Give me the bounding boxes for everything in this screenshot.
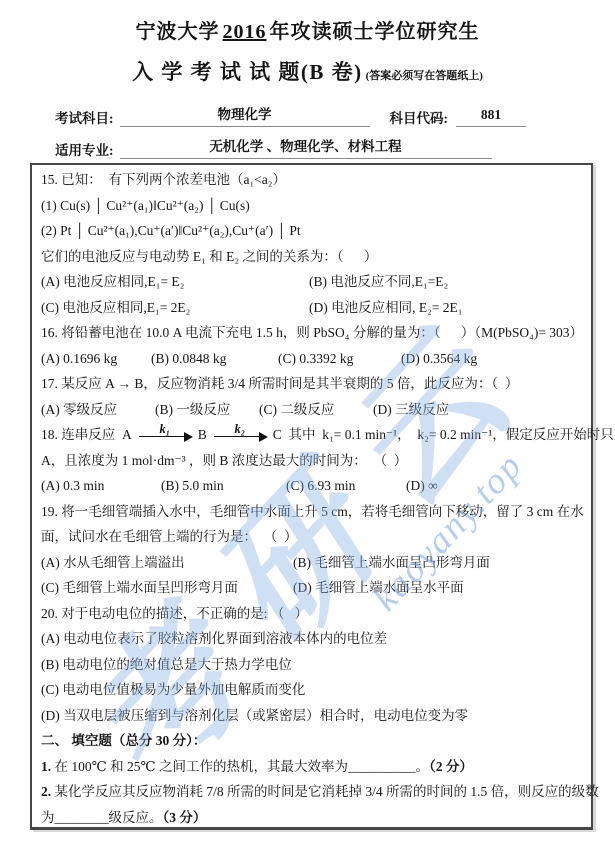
question-19-option-a: (A) 水从毛细管上端溢出 bbox=[41, 550, 293, 576]
exam-paper-page: 考研云 kaoyany.top 宁波大学2016年攻读硕士学位研究生 入 学 考… bbox=[0, 0, 615, 849]
question-17-option-d: (D) 三级反应 bbox=[373, 397, 449, 423]
questions-box: 15. 已知： 有下列两个浓差电池（a₁<a₂） (1) Cu(s) │ Cu²… bbox=[30, 163, 593, 830]
subject-code-label: 科目代码: bbox=[390, 107, 449, 127]
exam-title-line1: 宁波大学2016年攻读硕士学位研究生 bbox=[0, 0, 615, 44]
question-16-option-c: (C) 0.3392 kg bbox=[278, 346, 401, 372]
title-suffix: 年攻读硕士学位研究生 bbox=[270, 21, 480, 43]
exam-title-line2: 入 学 考 试 试 题(B 卷)(答案必须写在答题纸上) bbox=[0, 56, 615, 86]
fill-in-question-2-text: 某化学反应其反应物消耗 7/8 所需的时间是它消耗掉 3/4 所需的时间的 1.… bbox=[51, 784, 599, 799]
question-20-option-a: (A) 电动电位表示了胶粒溶剂化界面到溶液本体内的电位差 bbox=[41, 626, 582, 652]
rate-constant-k2-label: k₂ bbox=[234, 417, 245, 443]
question-18-option-b: (B) 5.0 min bbox=[161, 473, 286, 499]
question-18-option-c: (C) 6.93 min bbox=[286, 473, 406, 499]
fill-in-question-2-line-1: 2. 某化学反应其反应物消耗 7/8 所需的时间是它消耗掉 3/4 所需的时间的… bbox=[41, 779, 582, 805]
rate-constant-k1-label: k₁ bbox=[159, 417, 170, 443]
title-answer-note: (答案必须写在答题纸上) bbox=[366, 70, 483, 82]
fill-in-question-1-score: （2 分） bbox=[429, 759, 473, 774]
question-15-options-row-2: (C) 电池反应相同,E₁= 2E₂(D) 电池反应相同, E₂= 2E₁ bbox=[41, 295, 582, 321]
question-15-option-c: (C) 电池反应相同,E₁= 2E₂ bbox=[41, 295, 309, 321]
question-18-option-d: (D) ∞ bbox=[406, 473, 438, 499]
question-19-options-row-1: (A) 水从毛细管上端溢出(B) 毛细管上端水面呈凸形弯月面 bbox=[41, 550, 582, 576]
question-16-option-d: (D) 0.3564 kg bbox=[401, 346, 477, 372]
title-year: 2016 bbox=[220, 21, 270, 43]
question-18-suffix: C 其中 k₁= 0.1 min⁻¹， k₂= 0.2 min⁻¹，假定反应开始… bbox=[273, 427, 615, 442]
question-17-option-a: (A) 零级反应 bbox=[41, 397, 155, 423]
question-20-option-b: (B) 电动电位的绝对值总是大于热力学电位 bbox=[41, 652, 582, 678]
question-17-option-c: (C) 二级反应 bbox=[259, 397, 373, 423]
question-18-prefix: 18. 连串反应 A bbox=[41, 427, 132, 442]
question-15-options-row-1: (A) 电池反应相同,E₁= E₂(B) 电池反应不同,E₁=E₂ bbox=[41, 269, 582, 295]
question-15-option-a: (A) 电池反应相同,E₁= E₂ bbox=[41, 269, 309, 295]
exam-header: 宁波大学2016年攻读硕士学位研究生 入 学 考 试 试 题(B 卷)(答案必须… bbox=[0, 0, 615, 159]
fill-in-question-2-text-continued: 为________级反应。 bbox=[41, 810, 163, 825]
section-2-heading: 二、 填空题（总分 30 分）： bbox=[41, 728, 582, 754]
question-15-option-d: (D) 电池反应相同, E₂= 2E₁ bbox=[309, 295, 463, 321]
question-16-option-b: (B) 0.0848 kg bbox=[151, 346, 278, 372]
question-20-option-d: (D) 当双电层被压缩到与溶剂化层（或紧密层）相合时，电动电位变为零 bbox=[41, 703, 582, 729]
question-15-ask: 它们的电池反应与电动势 E₁ 和 E₂ 之间的关系为：（ ） bbox=[41, 244, 582, 270]
question-18-stem: 18. 连串反应 Ak₁Bk₂C 其中 k₁= 0.1 min⁻¹， k₂= 0… bbox=[41, 422, 582, 448]
fill-in-question-2-score: （3 分） bbox=[163, 810, 207, 825]
fill-in-question-1-text: 在 100℃ 和 25℃ 之间工作的热机，其最大效率为__________。 bbox=[51, 759, 429, 774]
major-value: 无机化学 、物理化学、材料工程 bbox=[120, 135, 492, 159]
subject-value: 物理化学 bbox=[120, 103, 370, 127]
reaction-arrow-1: k₁ bbox=[139, 423, 191, 443]
question-19-options-row-2: (C) 毛细管上端水面呈凹形弯月面(D) 毛细管上端水面呈水平面 bbox=[41, 575, 582, 601]
subject-code-value: 881 bbox=[456, 107, 526, 127]
major-row: 适用专业: 无机化学 、物理化学、材料工程 bbox=[55, 135, 615, 159]
title-exam-type: 入 学 考 试 试 题(B 卷) bbox=[132, 60, 363, 84]
question-19-stem-line-2: 面，试问水在毛细管上端的行为是： （ ） bbox=[41, 524, 582, 550]
question-17-stem: 17. 某反应 A → B，反应物消耗 3/4 所需时间是其半衰期的 5 倍，此… bbox=[41, 371, 582, 397]
question-16-option-a: (A) 0.1696 kg bbox=[41, 346, 151, 372]
question-15-option-b: (B) 电池反应不同,E₁=E₂ bbox=[309, 269, 448, 295]
subject-label: 考试科目: bbox=[55, 107, 114, 127]
question-19-option-b: (B) 毛细管上端水面呈凸形弯月面 bbox=[293, 550, 490, 576]
question-20-stem: 20. 对于电动电位的描述，不正确的是: （ ） bbox=[41, 601, 582, 627]
question-18-option-a: (A) 0.3 min bbox=[41, 473, 161, 499]
question-18-stem-line-2: A，且浓度为 1 mol·dm⁻³ ，则 B 浓度达最大的时间为： （ ） bbox=[41, 448, 582, 474]
subject-row: 考试科目: 物理化学 科目代码: 881 bbox=[55, 103, 615, 127]
question-15-stem: 15. 已知： 有下列两个浓差电池（a₁<a₂） bbox=[41, 167, 582, 193]
fill-in-question-1: 1. 在 100℃ 和 25℃ 之间工作的热机，其最大效率为__________… bbox=[41, 754, 582, 780]
question-19-stem-line-1: 19. 将一毛细管端插入水中，毛细管中水面上升 5 cm，若将毛细管向下移动，留… bbox=[41, 499, 582, 525]
question-16-stem: 16. 将铅蓄电池在 10.0 A 电流下充电 1.5 h，则 PbSO₄ 分解… bbox=[41, 320, 582, 346]
question-17-options-row: (A) 零级反应(B) 一级反应(C) 二级反应(D) 三级反应 bbox=[41, 397, 582, 423]
reaction-arrow-2: k₂ bbox=[214, 423, 266, 443]
fill-in-question-1-number: 1. bbox=[41, 759, 51, 774]
question-20-option-c: (C) 电动电位值极易为少量外加电解质而变化 bbox=[41, 677, 582, 703]
fill-in-question-2-number: 2. bbox=[41, 784, 51, 799]
fill-in-question-2-line-2: 为________级反应。（3 分） bbox=[41, 805, 582, 831]
title-university: 宁波大学 bbox=[136, 21, 220, 43]
major-label: 适用专业: bbox=[55, 139, 114, 159]
question-18-species-b: B bbox=[198, 427, 207, 442]
question-15-cell-2: (2) Pt │ Cu²⁺(a₁),Cu⁺(a′)‖Cu²⁺(a₂),Cu⁺(a… bbox=[41, 218, 582, 244]
question-19-option-c: (C) 毛细管上端水面呈凹形弯月面 bbox=[41, 575, 293, 601]
question-15-cell-1: (1) Cu(s) │ Cu²⁺(a₁)‖Cu²⁺(a₂) │ Cu(s) bbox=[41, 193, 582, 219]
question-16-options-row: (A) 0.1696 kg(B) 0.0848 kg(C) 0.3392 kg(… bbox=[41, 346, 582, 372]
question-18-options-row: (A) 0.3 min(B) 5.0 min(C) 6.93 min(D) ∞ bbox=[41, 473, 582, 499]
question-19-option-d: (D) 毛细管上端水面呈水平面 bbox=[293, 575, 464, 601]
